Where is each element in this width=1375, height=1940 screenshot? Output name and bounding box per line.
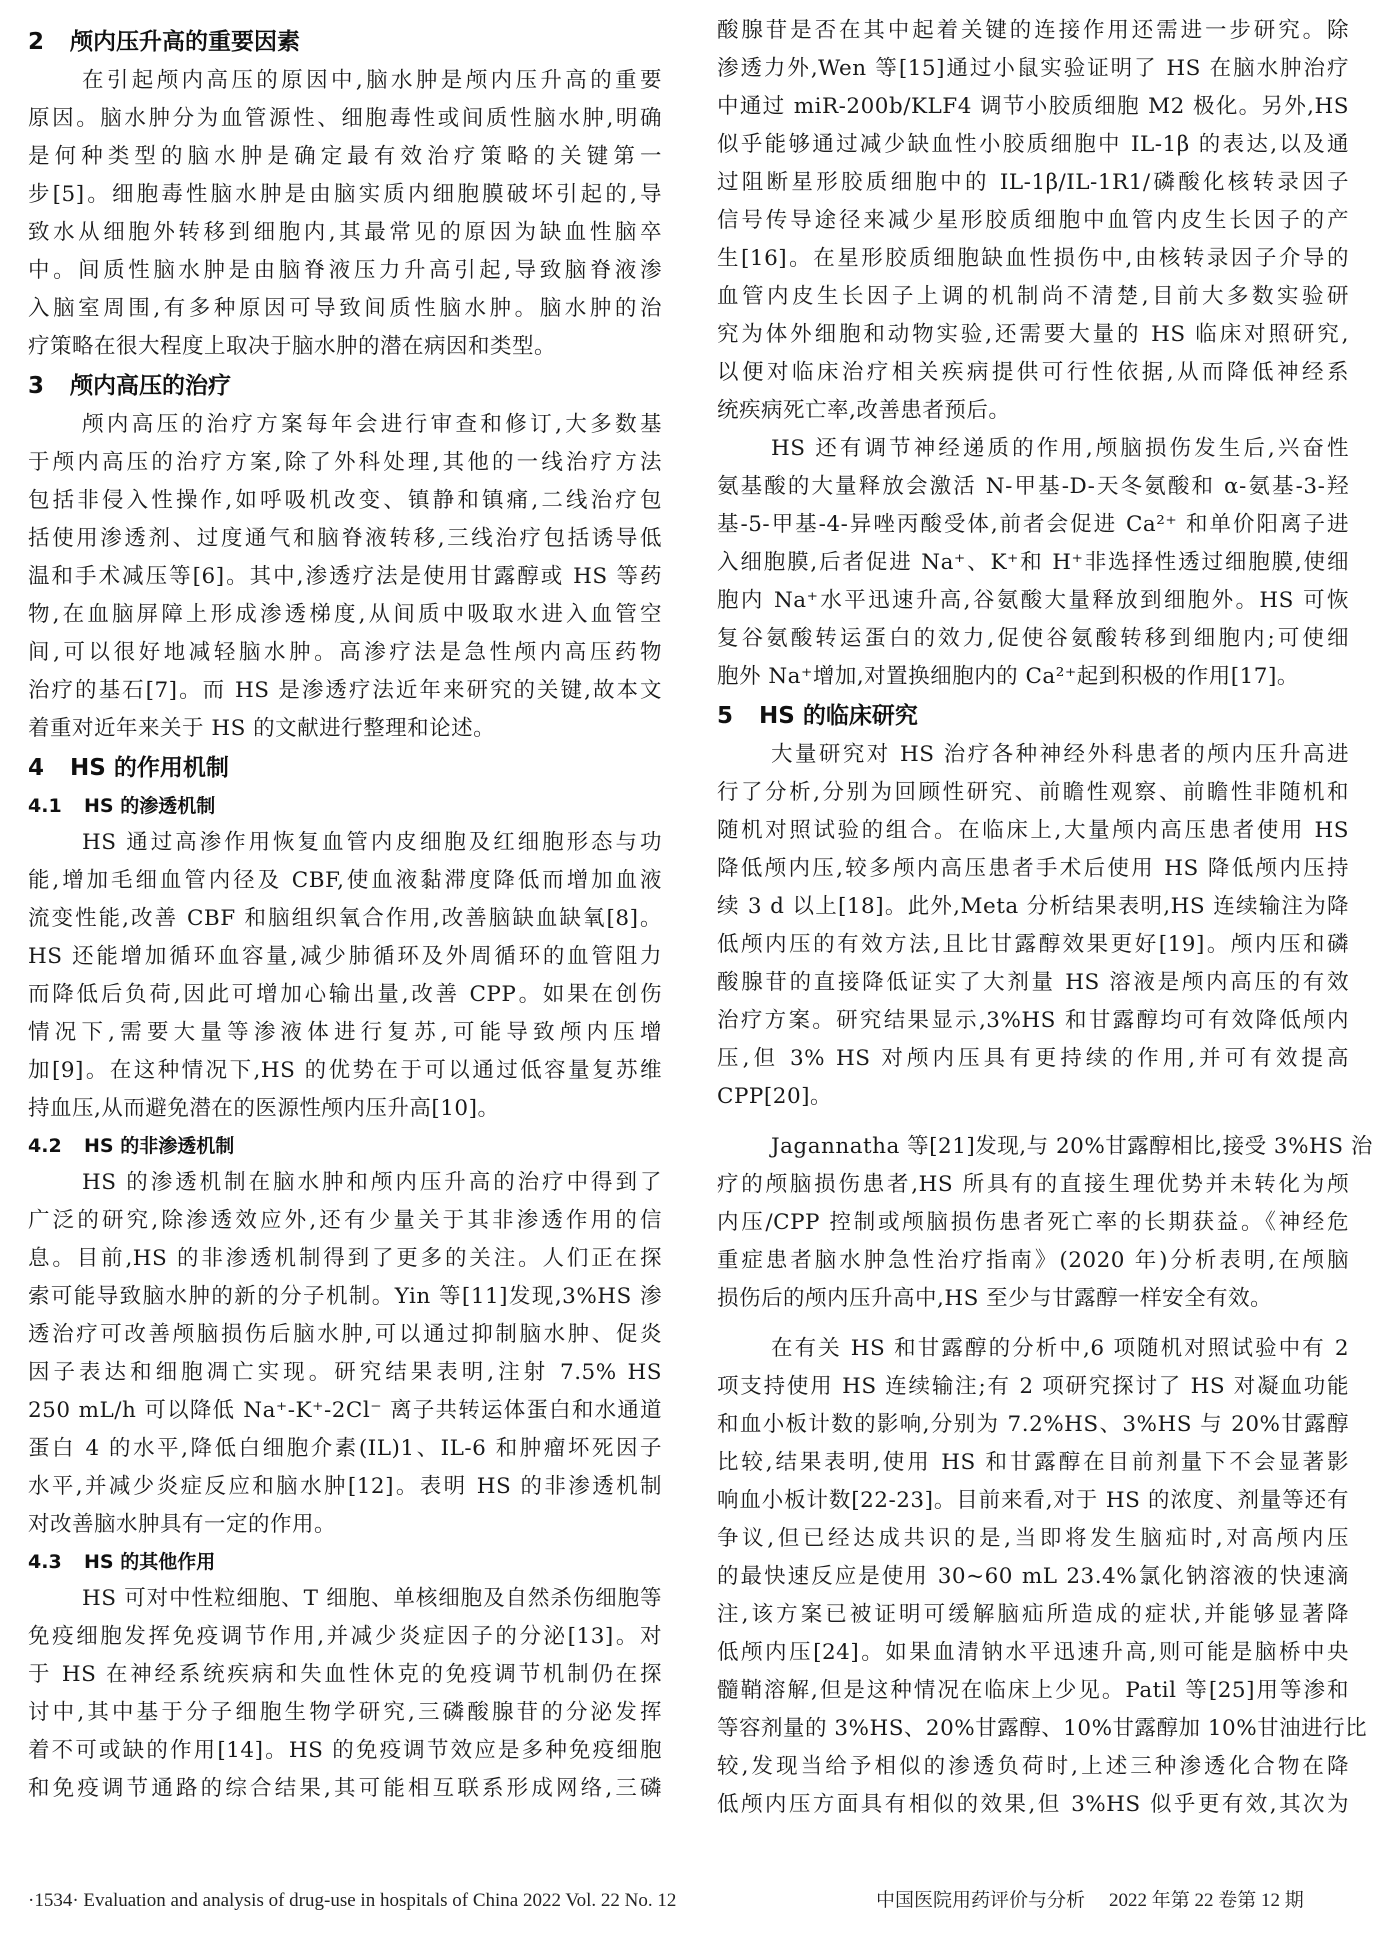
text-line: 着不可或缺的作用[14]。HS 的免疫调节效应是多种免疫细胞 <box>28 1732 662 1770</box>
paragraph: 酸腺苷是否在其中起着关键的连接作用还需进一步研究。除渗透力外,Wen 等[15]… <box>717 12 1349 430</box>
text-line: 加[9]。在这种情况下,HS 的优势在于可以通过低容量复苏维 <box>28 1052 662 1090</box>
subsection-title: HS 的非渗透机制 <box>84 1135 234 1157</box>
text-line: 大量研究对 HS 治疗各种神经外科患者的颅内压升高进 <box>717 736 1349 774</box>
right-column: 酸腺苷是否在其中起着关键的连接作用还需进一步研究。除渗透力外,Wen 等[15]… <box>717 12 1349 1824</box>
text-line: 入脑室周围,有多种原因可导致间质性脑水肿。脑水肿的治 <box>28 290 662 328</box>
text-line: 间,可以很好地减轻脑水肿。高渗疗法是急性颅内高压药物 <box>28 634 662 672</box>
text-line: 广泛的研究,除渗透效应外,还有少量关于其非渗透作用的信 <box>28 1202 662 1240</box>
text-line: 低颅内压方面具有相似的效果,但 3%HS 似乎更有效,其次为 <box>717 1786 1349 1824</box>
text-line: 基-5-甲基-4-异唑丙酸受体,前者会促进 Ca²⁺ 和单价阳离子进 <box>717 506 1349 544</box>
text-line: 随机对照试验的组合。在临床上,大量颅内高压患者使用 HS <box>717 812 1349 850</box>
text-line: 中。间质性脑水肿是由脑脊液压力升高引起,导致脑脊液渗 <box>28 252 662 290</box>
text-line: 250 mL/h 可以降低 Na⁺-K⁺-2Cl⁻ 离子共转运体蛋白和水通道 <box>28 1392 662 1430</box>
section-title: 颅内高压的治疗 <box>70 373 231 399</box>
subsection-number: 4.2 <box>28 1128 84 1164</box>
text-line: 较,发现当给予相似的渗透负荷时,上述三种渗透化合物在降 <box>717 1748 1349 1786</box>
paragraph: HS 还有调节神经递质的作用,颅脑损伤发生后,兴奋性氨基酸的大量释放会激活 N-… <box>717 430 1349 696</box>
section-title: HS 的临床研究 <box>759 703 918 729</box>
text-line: 似乎能够通过减少缺血性小胶质细胞中 IL-1β 的表达,以及通 <box>717 126 1349 164</box>
paragraph: HS 可对中性粒细胞、T 细胞、单核细胞及自然杀伤细胞等免疫细胞发挥免疫调节作用… <box>28 1580 662 1808</box>
text-line: 步[5]。细胞毒性脑水肿是由脑实质内细胞膜破坏引起的,导 <box>28 176 662 214</box>
text-line: 包括非侵入性操作,如呼吸机改变、镇静和镇痛,二线治疗包 <box>28 482 662 520</box>
text-line: 持血压,从而避免潜在的医源性颅内压升高[10]。 <box>28 1090 662 1128</box>
section-number: 2 <box>28 22 70 62</box>
section-number: 4 <box>28 748 70 788</box>
text-line: 酸腺苷是否在其中起着关键的连接作用还需进一步研究。除 <box>717 12 1349 50</box>
text-line: 降低颅内压,较多颅内高压患者手术后使用 HS 降低颅内压持 <box>717 850 1349 888</box>
text-line: 入细胞膜,后者促进 Na⁺、K⁺和 H⁺非选择性透过细胞膜,使细 <box>717 544 1349 582</box>
text-line: 中通过 miR-200b/KLF4 调节小胶质细胞 M2 极化。另外,HS <box>717 88 1349 126</box>
text-line: 讨中,其中基于分子细胞生物学研究,三磷酸腺苷的分泌发挥 <box>28 1694 662 1732</box>
text-line: 颅内高压的治疗方案每年会进行审查和修订,大多数基 <box>28 406 662 444</box>
section-title: HS 的作用机制 <box>70 755 229 781</box>
text-line: 胞外 Na⁺增加,对置换细胞内的 Ca²⁺起到积极的作用[17]。 <box>717 658 1349 696</box>
text-line: 酸腺苷的直接降低证实了大剂量 HS 溶液是颅内高压的有效 <box>717 964 1349 1002</box>
section-number: 5 <box>717 696 759 736</box>
text-line: 的最快速反应是使用 30~60 mL 23.4%氯化钠溶液的快速滴 <box>717 1558 1349 1596</box>
text-line: 过阻断星形胶质细胞中的 IL-1β/IL-1R1/磷酸化核转录因子 <box>717 164 1349 202</box>
text-line: 低颅内压[24]。如果血清钠水平迅速升高,则可能是脑桥中央 <box>717 1634 1349 1672</box>
text-line: 索可能导致脑水肿的新的分子机制。Yin 等[11]发现,3%HS 渗 <box>28 1278 662 1316</box>
text-line: 究为体外细胞和动物实验,还需要大量的 HS 临床对照研究, <box>717 316 1349 354</box>
text-line: HS 通过高渗作用恢复血管内皮细胞及红细胞形态与功 <box>28 824 662 862</box>
section-3-heading: 3颅内高压的治疗 <box>28 366 662 406</box>
text-line: 着重对近年来关于 HS 的文献进行整理和论述。 <box>28 710 662 748</box>
subsection-4-3-heading: 4.3HS 的其他作用 <box>28 1544 662 1580</box>
paragraph: 在有关 HS 和甘露醇的分析中,6 项随机对照试验中有 2项支持使用 HS 连续… <box>717 1330 1349 1824</box>
text-line: 髓鞘溶解,但是这种情况在临床上少见。Patil 等[25]用等渗和 <box>717 1672 1349 1710</box>
journal-name: 中国医院用药评价与分析 <box>876 1890 1085 1911</box>
text-line: 低颅内压的有效方法,且比甘露醇效果更好[19]。颅内压和磷 <box>717 926 1349 964</box>
text-line: 内压/CPP 控制或颅脑损伤患者死亡率的长期获益。《神经危 <box>717 1204 1349 1242</box>
text-line: 而降低后负荷,因此可增加心输出量,改善 CPP。如果在创伤 <box>28 976 662 1014</box>
paragraph-gap <box>717 1318 1349 1330</box>
text-line: 渗透力外,Wen 等[15]通过小鼠实验证明了 HS 在脑水肿治疗 <box>717 50 1349 88</box>
text-line: 和免疫调节通路的综合结果,其可能相互联系形成网络,三磷 <box>28 1770 662 1808</box>
text-line: 于颅内高压的治疗方案,除了外科处理,其他的一线治疗方法 <box>28 444 662 482</box>
text-line: HS 的渗透机制在脑水肿和颅内压升高的治疗中得到了 <box>28 1164 662 1202</box>
text-line: 复谷氨酸转运蛋白的效力,促使谷氨酸转移到细胞内;可使细 <box>717 620 1349 658</box>
text-line: 和血小板计数的影响,分别为 7.2%HS、3%HS 与 20%甘露醇 <box>717 1406 1349 1444</box>
text-line: 血管内皮生长因子上调的机制尚不清楚,目前大多数实验研 <box>717 278 1349 316</box>
text-line: 疗策略在很大程度上取决于脑水肿的潜在病因和类型。 <box>28 328 662 366</box>
text-line: 信号传导途径来减少星形胶质细胞中血管内皮生长因子的产 <box>717 202 1349 240</box>
text-line: 生[16]。在星形胶质细胞缺血性损伤中,由核转录因子介导的 <box>717 240 1349 278</box>
text-line: 透治疗可改善颅脑损伤后脑水肿,可以通过抑制脑水肿、促炎 <box>28 1316 662 1354</box>
text-line: 行了分析,分别为回顾性研究、前瞻性观察、前瞻性非随机和 <box>717 774 1349 812</box>
section-5-heading: 5HS 的临床研究 <box>717 696 1349 736</box>
text-line: 息。目前,HS 的非渗透机制得到了更多的关注。人们正在探 <box>28 1240 662 1278</box>
text-line: 氨基酸的大量释放会激活 N-甲基-D-天冬氨酸和 α-氨基-3-羟 <box>717 468 1349 506</box>
text-line: 对改善脑水肿具有一定的作用。 <box>28 1506 662 1544</box>
footer-page-info: ·1534· Evaluation and analysis of drug-u… <box>28 1887 676 1915</box>
subsection-4-1-heading: 4.1HS 的渗透机制 <box>28 788 662 824</box>
text-line: 损伤后的颅内压升高中,HS 至少与甘露醇一样安全有效。 <box>717 1280 1349 1318</box>
paragraph: HS 的渗透机制在脑水肿和颅内压升高的治疗中得到了广泛的研究,除渗透效应外,还有… <box>28 1164 662 1544</box>
text-line: 等容剂量的 3%HS、20%甘露醇、10%甘露醇加 10%甘油进行比 <box>717 1710 1349 1748</box>
paragraph: 颅内高压的治疗方案每年会进行审查和修订,大多数基于颅内高压的治疗方案,除了外科处… <box>28 406 662 748</box>
subsection-4-2-heading: 4.2HS 的非渗透机制 <box>28 1128 662 1164</box>
text-line: 疗的颅脑损伤患者,HS 所具有的直接生理优势并未转化为颅 <box>717 1166 1349 1204</box>
text-line: 括使用渗透剂、过度通气和脑脊液转移,三线治疗包括诱导低 <box>28 520 662 558</box>
text-line: 能,增加毛细血管内径及 CBF,使血液黏滞度降低而增加血液 <box>28 862 662 900</box>
text-line: 流变性能,改善 CBF 和脑组织氧合作用,改善脑缺血缺氧[8]。 <box>28 900 662 938</box>
text-line: 因子表达和细胞凋亡实现。研究结果表明,注射 7.5% HS <box>28 1354 662 1392</box>
text-line: 原因。脑水肿分为血管源性、细胞毒性或间质性脑水肿,明确 <box>28 100 662 138</box>
text-line: 温和手术减压等[6]。其中,渗透疗法是使用甘露醇或 HS 等药 <box>28 558 662 596</box>
paragraph: HS 通过高渗作用恢复血管内皮细胞及红细胞形态与功能,增加毛细血管内径及 CBF… <box>28 824 662 1128</box>
paragraph: 大量研究对 HS 治疗各种神经外科患者的颅内压升高进行了分析,分别为回顾性研究、… <box>717 736 1349 1116</box>
text-line: 以便对临床治疗相关疾病提供可行性依据,从而降低神经系 <box>717 354 1349 392</box>
paragraph: 在引起颅内高压的原因中,脑水肿是颅内压升高的重要原因。脑水肿分为血管源性、细胞毒… <box>28 62 662 366</box>
text-line: 物,在血脑屏障上形成渗透梯度,从间质中吸取水进入血管空 <box>28 596 662 634</box>
subsection-number: 4.1 <box>28 788 84 824</box>
text-line: 压,但 3% HS 对颅内压具有更持续的作用,并可有效提高 <box>717 1040 1349 1078</box>
footer-journal-info: 中国医院用药评价与分析2022 年第 22 卷第 12 期 <box>876 1887 1304 1915</box>
text-line: HS 可对中性粒细胞、T 细胞、单核细胞及自然杀伤细胞等 <box>28 1580 662 1618</box>
text-line: HS 还能增加循环血容量,减少肺循环及外周循环的血管阻力 <box>28 938 662 976</box>
text-line: 是何种类型的脑水肿是确定最有效治疗策略的关键第一 <box>28 138 662 176</box>
section-4-heading: 4HS 的作用机制 <box>28 748 662 788</box>
text-line: 致水从细胞外转移到细胞内,其最常见的原因为缺血性脑卒 <box>28 214 662 252</box>
text-line: 治疗的基石[7]。而 HS 是渗透疗法近年来研究的关键,故本文 <box>28 672 662 710</box>
section-number: 3 <box>28 366 70 406</box>
text-line: 治疗方案。研究结果显示,3%HS 和甘露醇均可有效降低颅内 <box>717 1002 1349 1040</box>
text-line: Jagannatha 等[21]发现,与 20%甘露醇相比,接受 3%HS 治 <box>717 1128 1349 1166</box>
text-line: 统疾病死亡率,改善患者预后。 <box>717 392 1349 430</box>
section-title: 颅内压升高的重要因素 <box>70 29 300 55</box>
text-line: 蛋白 4 的水平,降低白细胞介素(IL)1、IL-6 和肿瘤坏死因子 <box>28 1430 662 1468</box>
text-line: CPP[20]。 <box>717 1078 1349 1116</box>
text-line: 在有关 HS 和甘露醇的分析中,6 项随机对照试验中有 2 <box>717 1330 1349 1368</box>
text-line: 于 HS 在神经系统疾病和失血性休克的免疫调节机制仍在探 <box>28 1656 662 1694</box>
text-line: 比较,结果表明,使用 HS 和甘露醇在目前剂量下不会显著影 <box>717 1444 1349 1482</box>
text-line: 重症患者脑水肿急性治疗指南》(2020 年)分析表明,在颅脑 <box>717 1242 1349 1280</box>
text-line: 情况下,需要大量等渗液体进行复苏,可能导致颅内压增 <box>28 1014 662 1052</box>
text-line: 胞内 Na⁺水平迅速升高,谷氨酸大量释放到细胞外。HS 可恢 <box>717 582 1349 620</box>
paragraph-gap <box>717 1116 1349 1128</box>
section-2-heading: 2颅内压升高的重要因素 <box>28 22 662 62</box>
paragraph: Jagannatha 等[21]发现,与 20%甘露醇相比,接受 3%HS 治疗… <box>717 1128 1349 1318</box>
text-line: 免疫细胞发挥免疫调节作用,并减少炎症因子的分泌[13]。对 <box>28 1618 662 1656</box>
text-line: 争议,但已经达成共识的是,当即将发生脑疝时,对高颅内压 <box>717 1520 1349 1558</box>
text-line: 响血小板计数[22-23]。目前来看,对于 HS 的浓度、剂量等还有 <box>717 1482 1349 1520</box>
left-column: 2颅内压升高的重要因素 在引起颅内高压的原因中,脑水肿是颅内压升高的重要原因。脑… <box>28 22 662 1808</box>
text-line: 水平,并减少炎症反应和脑水肿[12]。表明 HS 的非渗透机制 <box>28 1468 662 1506</box>
subsection-title: HS 的渗透机制 <box>84 795 215 817</box>
text-line: 项支持使用 HS 连续输注;有 2 项研究探讨了 HS 对凝血功能 <box>717 1368 1349 1406</box>
text-line: HS 还有调节神经递质的作用,颅脑损伤发生后,兴奋性 <box>717 430 1349 468</box>
text-line: 续 3 d 以上[18]。此外,Meta 分析结果表明,HS 连续输注为降 <box>717 888 1349 926</box>
subsection-title: HS 的其他作用 <box>84 1551 215 1573</box>
text-line: 注,该方案已被证明可缓解脑疝所造成的症状,并能够显著降 <box>717 1596 1349 1634</box>
subsection-number: 4.3 <box>28 1544 84 1580</box>
issue-info: 2022 年第 22 卷第 12 期 <box>1109 1890 1304 1911</box>
text-line: 在引起颅内高压的原因中,脑水肿是颅内压升高的重要 <box>28 62 662 100</box>
